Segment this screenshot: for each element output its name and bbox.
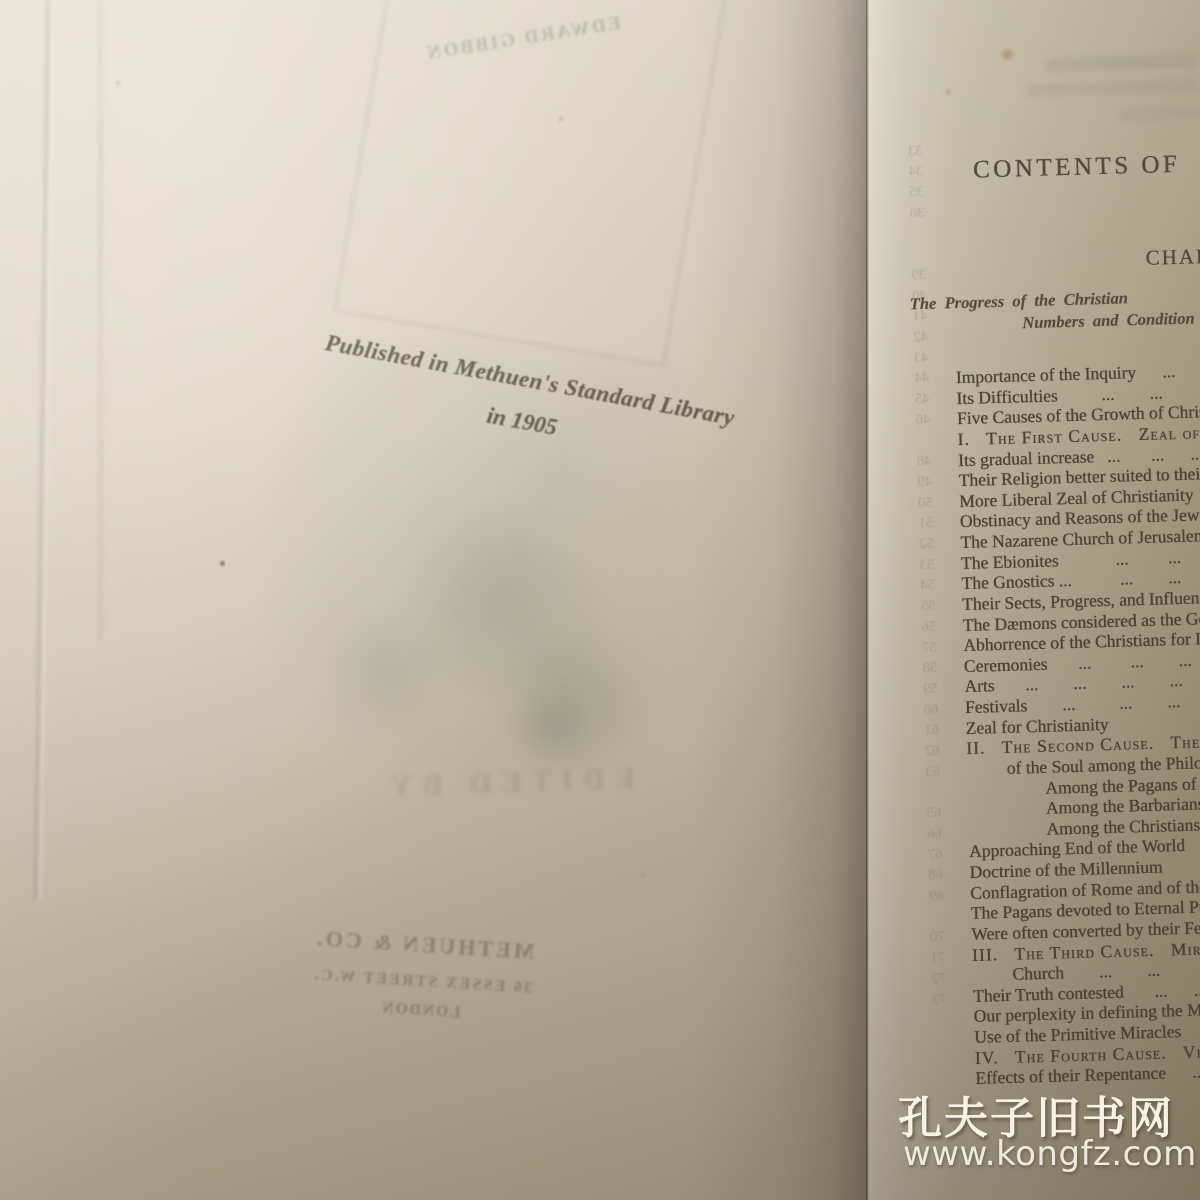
showthrough-page-number: 59 <box>914 679 947 701</box>
stain-spot <box>944 88 953 96</box>
showthrough-page-number <box>924 1030 957 1052</box>
showthrough-page-number: 54 <box>911 575 944 597</box>
showthrough-page-number: 52 <box>910 534 943 556</box>
showthrough-page-number: 45 <box>906 389 939 411</box>
showthrough-page-number: 39 <box>903 265 936 287</box>
book-photo: EDWARD GIBBON Published in Methuen's Sta… <box>0 0 1200 1200</box>
showthrough-page-number: 44 <box>906 368 939 390</box>
showthrough-page-number <box>921 906 954 928</box>
showthrough-page-numbers: 33343536 3940414243444546 48495051525354… <box>899 120 958 1073</box>
showthrough-page-number: 50 <box>909 492 942 514</box>
showthrough-page-number: 57 <box>913 637 946 659</box>
showthrough-page-number <box>925 1051 958 1073</box>
showthrough-publisher-block: METHUEN & CO.36 ESSEX STREET W.C.LONDON <box>253 922 593 1030</box>
showthrough-page-number: 36 <box>901 203 934 225</box>
contents-heading: CONTENTS OF <box>973 151 1181 185</box>
gutter-shadow <box>690 0 868 1200</box>
showthrough-page-number: 72 <box>922 968 955 990</box>
stain-spot <box>115 80 121 86</box>
showthrough-page-number <box>907 430 940 452</box>
stain-spot <box>640 872 646 878</box>
showthrough-page-number: 62 <box>916 741 949 763</box>
showthrough-page-number: 63 <box>917 761 950 783</box>
chapter-subtitle-line-2: Numbers and Condition <box>1022 308 1195 333</box>
showthrough-page-number <box>902 244 935 266</box>
showthrough-frontispiece-frame <box>333 0 727 367</box>
showthrough-page-number: 69 <box>920 885 953 907</box>
showthrough-page-number <box>901 223 934 245</box>
showthrough-page-number: 61 <box>915 720 948 742</box>
showthrough-page-number: 73 <box>923 989 956 1011</box>
showthrough-page-number: 58 <box>914 658 947 680</box>
chapter-heading: CHAPTER <box>1145 243 1200 271</box>
showthrough-page-number: 68 <box>919 865 952 887</box>
stain-spot <box>219 560 226 567</box>
showthrough-page-number: 46 <box>907 409 940 431</box>
page-edge-crease <box>32 0 57 900</box>
showthrough-page-number: 34 <box>900 161 933 183</box>
showthrough-page-number: 35 <box>900 182 933 204</box>
showthrough-page-number: 43 <box>905 347 938 369</box>
showthrough-page-number: 70 <box>921 927 954 949</box>
page-edge-crease <box>96 0 105 640</box>
showthrough-page-number <box>923 1010 956 1032</box>
stain-spot <box>556 116 565 123</box>
showthrough-page-number: 42 <box>904 327 937 349</box>
showthrough-page-number: 48 <box>908 451 941 473</box>
stain-spot <box>998 48 1016 61</box>
contents-page-content: 33343536 3940414243444546 48495051525354… <box>851 0 1200 1200</box>
showthrough-page-number: 49 <box>908 472 941 494</box>
showthrough-page-number: 60 <box>915 699 948 721</box>
showthrough-publisher-line: METHUEN & CO. <box>256 922 592 968</box>
toc-list: Importance of the Inquiry ... ...Its Dif… <box>956 350 1200 1089</box>
showthrough-page-number: 33 <box>899 140 932 162</box>
showthrough-page-number: 67 <box>919 844 952 866</box>
showthrough-page-number: 66 <box>918 823 951 845</box>
showthrough-page-number <box>899 120 932 142</box>
showthrough-page-number: 65 <box>918 803 951 825</box>
showthrough-page-number <box>917 782 950 804</box>
showthrough-page-number: 53 <box>911 554 944 576</box>
showthrough-page-number: 71 <box>922 948 955 970</box>
showthrough-page-number: 51 <box>910 513 943 535</box>
showthrough-page-number: 55 <box>912 596 945 618</box>
showthrough-page-number: 56 <box>912 616 945 638</box>
